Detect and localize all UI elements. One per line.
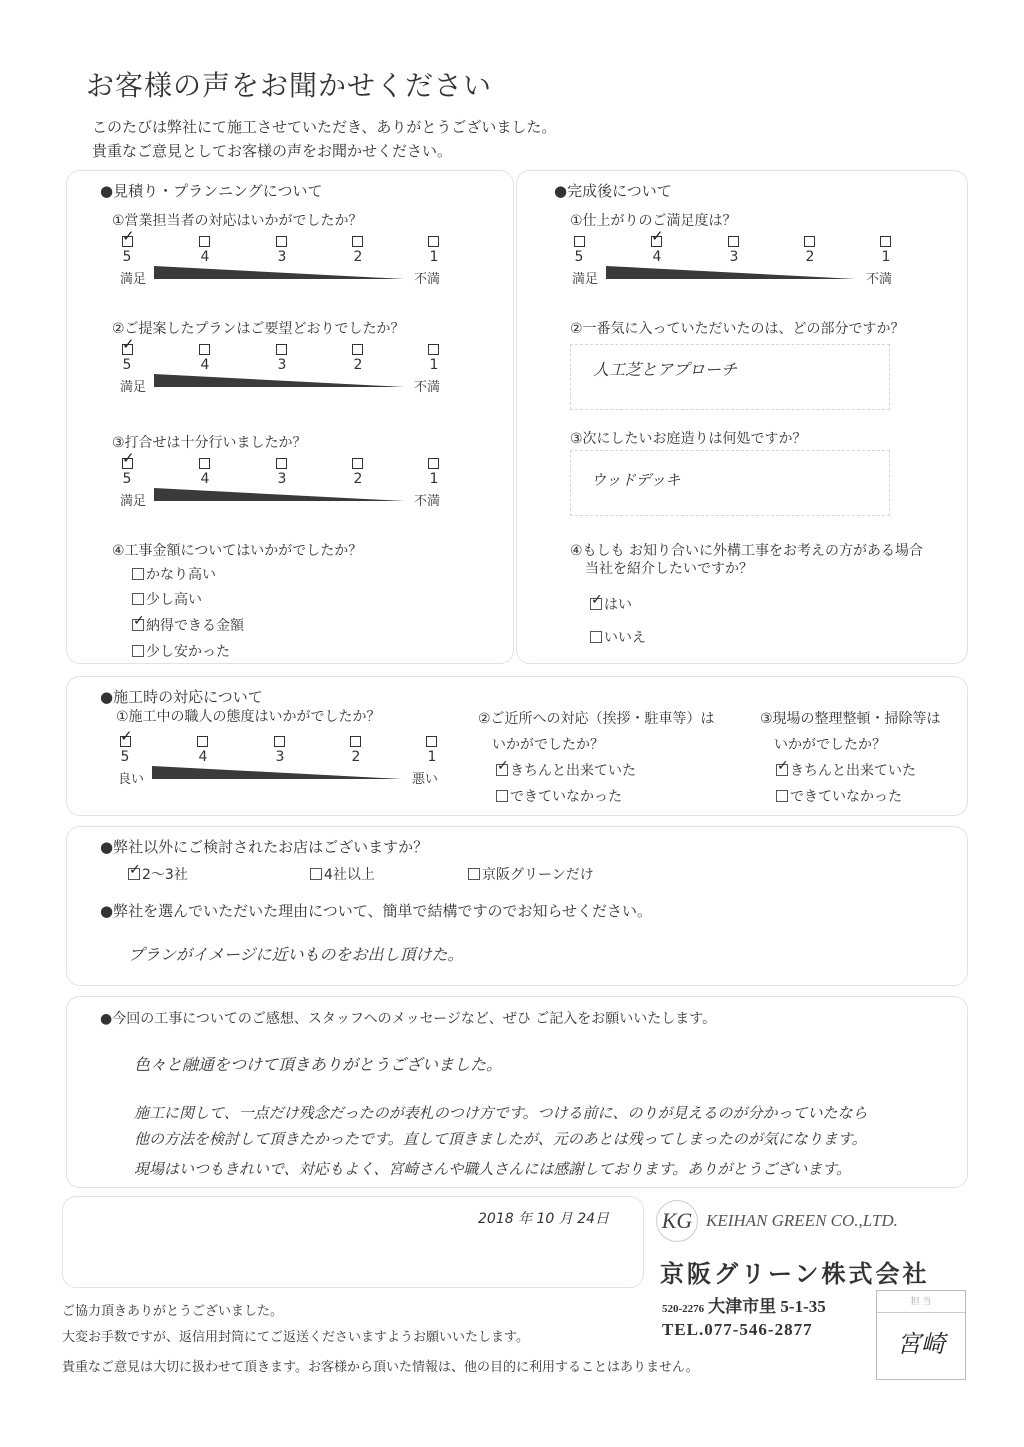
checkbox[interactable] xyxy=(310,868,322,880)
scale-label-satisfied: 満足 xyxy=(120,490,146,509)
rating-1-number: 1 xyxy=(425,749,439,765)
cleanup-option-not-done[interactable]: できていなかった xyxy=(776,786,902,806)
rating-2-number: 2 xyxy=(351,471,365,487)
company-name-jp: 京阪グリーン株式会社 xyxy=(660,1254,930,1289)
rating-3-checkbox[interactable] xyxy=(728,236,739,247)
rating-2-number: 2 xyxy=(803,249,817,265)
scale-wedge-graphic xyxy=(152,766,402,780)
rating-5-number: 5 xyxy=(120,249,134,265)
checkbox[interactable] xyxy=(776,764,788,776)
checkbox[interactable] xyxy=(132,619,144,631)
competitor-option-keihan-only[interactable]: 京阪グリーンだけ xyxy=(468,864,594,884)
estimate-q1-label: ①営業担当者の対応はいかがでしたか？ xyxy=(112,210,363,230)
rating-2-checkbox[interactable] xyxy=(350,736,361,747)
price-option-slightly-high[interactable]: 少し高い xyxy=(132,589,202,609)
scale-label-bad: 悪い xyxy=(412,768,438,787)
page-title: お客様の声をお聞かせください xyxy=(86,64,492,104)
referral-option-no[interactable]: いいえ xyxy=(590,627,646,647)
footer-line-1: ご協力頂きありがとうございました。 xyxy=(62,1300,283,1319)
rating-2-checkbox[interactable] xyxy=(352,458,363,469)
construction-q2-label-line2: いかがでしたか？ xyxy=(492,734,604,754)
rating-3-checkbox[interactable] xyxy=(274,736,285,747)
comment-line-1[interactable]: 色々と融通をつけて頂きありがとうございました。 xyxy=(134,1052,502,1075)
estimate-q4-label: ④工事金額についてはいかがでしたか？ xyxy=(112,540,362,560)
construction-q3-label-line2: いかがでしたか？ xyxy=(774,734,886,754)
scale-wedge-graphic xyxy=(154,266,404,280)
intro-line-1: このたびは弊社にて施工させていただき、ありがとうございました。 xyxy=(92,116,556,137)
address: 大津市里 5-1-35 xyxy=(708,1292,826,1317)
rating-4-number: 4 xyxy=(198,357,212,373)
scale-wedge-graphic xyxy=(154,374,404,388)
estimate-q3-scale: 5 4 3 2 1 満足 不満 xyxy=(120,458,440,518)
estimate-q3-label: ③打合せは十分行いましたか？ xyxy=(112,432,307,452)
rating-3-checkbox[interactable] xyxy=(276,236,287,247)
scale-label-good: 良い xyxy=(118,768,144,787)
construction-q1-label: ①施工中の職人の態度はいかがでしたか？ xyxy=(116,706,381,726)
cleanup-option-done[interactable]: きちんと出来ていた xyxy=(776,760,916,780)
checkbox[interactable] xyxy=(590,631,602,643)
estimate-section-title: ●見積り・プランニングについて xyxy=(100,180,323,201)
rating-4-number: 4 xyxy=(650,249,664,265)
rating-5-number: 5 xyxy=(118,749,132,765)
construction-q2-label-line1: ②ご近所への対応（挨拶・駐車等）は xyxy=(478,708,715,728)
scale-wedge-graphic xyxy=(606,266,856,280)
scale-label-satisfied: 満足 xyxy=(120,268,146,287)
comment-line-3[interactable]: 他の方法を検討して頂きたかったです。直して頂きましたが、元のあとは残ってしまった… xyxy=(134,1128,867,1149)
next-garden-answer: ウッドデッキ xyxy=(591,469,680,490)
rating-3-number: 3 xyxy=(275,357,289,373)
rating-1-checkbox[interactable] xyxy=(880,236,891,247)
rating-1-checkbox[interactable] xyxy=(426,736,437,747)
checkbox[interactable] xyxy=(132,568,144,580)
rating-5-number: 5 xyxy=(120,357,134,373)
rating-4-checkbox[interactable] xyxy=(197,736,208,747)
completion-q3-label: ③次にしたいお庭造りは何処ですか？ xyxy=(570,428,807,448)
stamp-header: 担 当 xyxy=(877,1291,965,1313)
checkbox[interactable] xyxy=(132,593,144,605)
rating-2-checkbox[interactable] xyxy=(352,236,363,247)
construction-q3-label-line1: ③現場の整理整頓・掃除等は xyxy=(760,708,941,728)
referral-option-yes[interactable]: はい xyxy=(590,594,632,614)
scale-label-dissatisfied: 不満 xyxy=(866,268,892,287)
completion-q4-label-line2: 当社を紹介したいですか？ xyxy=(585,558,753,578)
scale-label-dissatisfied: 不満 xyxy=(414,490,440,509)
rating-4-number: 4 xyxy=(198,471,212,487)
staff-signature: 宮崎 xyxy=(877,1313,965,1375)
rating-2-checkbox[interactable] xyxy=(804,236,815,247)
rating-2-number: 2 xyxy=(351,357,365,373)
rating-4-checkbox[interactable] xyxy=(199,344,210,355)
neighbor-option-done[interactable]: きちんと出来ていた xyxy=(496,760,636,780)
scale-wedge-graphic xyxy=(154,488,404,502)
postal-code: 520-2276 xyxy=(662,1303,704,1315)
price-option-reasonable[interactable]: 納得できる金額 xyxy=(132,615,244,635)
rating-5-number: 5 xyxy=(572,249,586,265)
rating-5-checkbox[interactable] xyxy=(122,344,133,355)
rating-1-number: 1 xyxy=(427,357,441,373)
rating-1-checkbox[interactable] xyxy=(428,344,439,355)
construction-section-title: ●施工時の対応について xyxy=(100,686,263,707)
rating-1-checkbox[interactable] xyxy=(428,458,439,469)
completion-q4-label-line1: ④もしも お知り合いに外構工事をお考えの方がある場合 xyxy=(570,540,923,560)
estimate-q2-label: ②ご提案したプランはご要望どおりでしたか？ xyxy=(112,318,405,338)
scale-label-dissatisfied: 不満 xyxy=(414,268,440,287)
construction-q1-scale: 5 4 3 2 1 良い 悪い xyxy=(118,736,438,796)
rating-5-number: 5 xyxy=(120,471,134,487)
rating-2-number: 2 xyxy=(349,749,363,765)
rating-4-checkbox[interactable] xyxy=(199,236,210,247)
completion-section-title: ●完成後について xyxy=(554,180,672,201)
footer-line-3: 貴重なご意見は大切に扱わせて頂きます。お客様から頂いた情報は、他の目的に利用する… xyxy=(62,1356,699,1375)
rating-3-checkbox[interactable] xyxy=(276,458,287,469)
favorite-part-answer-box[interactable]: 人工芝とアプローチ xyxy=(570,344,890,410)
rating-3-number: 3 xyxy=(273,749,287,765)
competitor-option-4-plus[interactable]: 4社以上 xyxy=(310,864,375,884)
checkbox[interactable] xyxy=(496,790,508,802)
rating-4-number: 4 xyxy=(198,249,212,265)
reason-answer[interactable]: プランがイメージに近いものをお出し頂けた。 xyxy=(128,942,464,965)
intro-line-2: 貴重なご意見としてお客様の声をお聞かせください。 xyxy=(92,140,452,161)
rating-1-number: 1 xyxy=(427,471,441,487)
checkbox[interactable] xyxy=(468,868,480,880)
checkbox[interactable] xyxy=(128,868,140,880)
rating-3-checkbox[interactable] xyxy=(276,344,287,355)
rating-1-checkbox[interactable] xyxy=(428,236,439,247)
company-tel: TEL.077-546-2877 xyxy=(662,1320,813,1340)
rating-5-checkbox[interactable] xyxy=(120,736,131,747)
estimate-q2-scale: 5 4 3 2 1 満足 不満 xyxy=(120,344,440,404)
company-name-en: KEIHAN GREEN CO.,LTD. xyxy=(706,1211,898,1231)
next-garden-answer-box[interactable]: ウッドデッキ xyxy=(570,450,890,516)
company-logo: KG KEIHAN GREEN CO.,LTD. xyxy=(656,1200,898,1242)
checkbox[interactable] xyxy=(132,645,144,657)
rating-2-number: 2 xyxy=(351,249,365,265)
rating-4-number: 4 xyxy=(196,749,210,765)
competitor-option-2-3[interactable]: 2～3社 xyxy=(128,864,188,884)
company-address: 520-2276 大津市里 5-1-35 xyxy=(662,1292,826,1317)
rating-3-number: 3 xyxy=(275,249,289,265)
comment-line-4[interactable]: 現場はいつもきれいで、対応もよく、宮崎さんや職人さんには感謝しております。ありが… xyxy=(134,1158,851,1179)
rating-4-checkbox[interactable] xyxy=(651,236,662,247)
neighbor-option-not-done[interactable]: できていなかった xyxy=(496,786,622,806)
checkbox[interactable] xyxy=(590,598,602,610)
completion-q2-label: ②一番気に入っていただいたのは、どの部分ですか？ xyxy=(570,318,905,338)
checkbox[interactable] xyxy=(496,764,508,776)
estimate-q1-scale: 5 4 3 2 1 満足 不満 xyxy=(120,236,440,296)
competitors-title: ●弊社以外にご検討されたお店はございますか？ xyxy=(100,836,428,857)
checkbox[interactable] xyxy=(776,790,788,802)
rating-1-number: 1 xyxy=(427,249,441,265)
rating-5-checkbox[interactable] xyxy=(122,458,133,469)
scale-label-satisfied: 満足 xyxy=(120,376,146,395)
rating-5-checkbox[interactable] xyxy=(574,236,585,247)
date-field[interactable]: 2018 年 10 月 24日 xyxy=(478,1208,609,1228)
comment-line-2[interactable]: 施工に関して、一点だけ残念だったのが表札のつけ方です。つける前に、のりが見えるの… xyxy=(134,1102,868,1123)
rating-2-checkbox[interactable] xyxy=(352,344,363,355)
price-option-very-high[interactable]: かなり高い xyxy=(132,564,216,584)
scale-label-dissatisfied: 不満 xyxy=(414,376,440,395)
rating-5-checkbox[interactable] xyxy=(122,236,133,247)
favorite-part-answer: 人工芝とアプローチ xyxy=(593,357,737,380)
rating-3-number: 3 xyxy=(275,471,289,487)
kg-logo-mark-icon: KG xyxy=(656,1200,698,1242)
scale-label-satisfied: 満足 xyxy=(572,268,598,287)
staff-stamp-box: 担 当 宮崎 xyxy=(876,1290,966,1380)
reason-title: ●弊社を選んでいただいた理由について、簡単で結構ですのでお知らせください。 xyxy=(100,900,652,921)
rating-1-number: 1 xyxy=(879,249,893,265)
completion-q1-scale: 5 4 3 2 1 満足 不満 xyxy=(572,236,892,296)
footer-line-2: 大変お手数ですが、返信用封筒にてご返送くださいますようお願いいたします。 xyxy=(62,1326,529,1345)
price-option-slightly-cheap[interactable]: 少し安かった xyxy=(132,641,230,661)
rating-3-number: 3 xyxy=(727,249,741,265)
comments-title: ●今回の工事についてのご感想、スタッフへのメッセージなど、ぜひ ご記入をお願いい… xyxy=(100,1008,716,1028)
rating-4-checkbox[interactable] xyxy=(199,458,210,469)
